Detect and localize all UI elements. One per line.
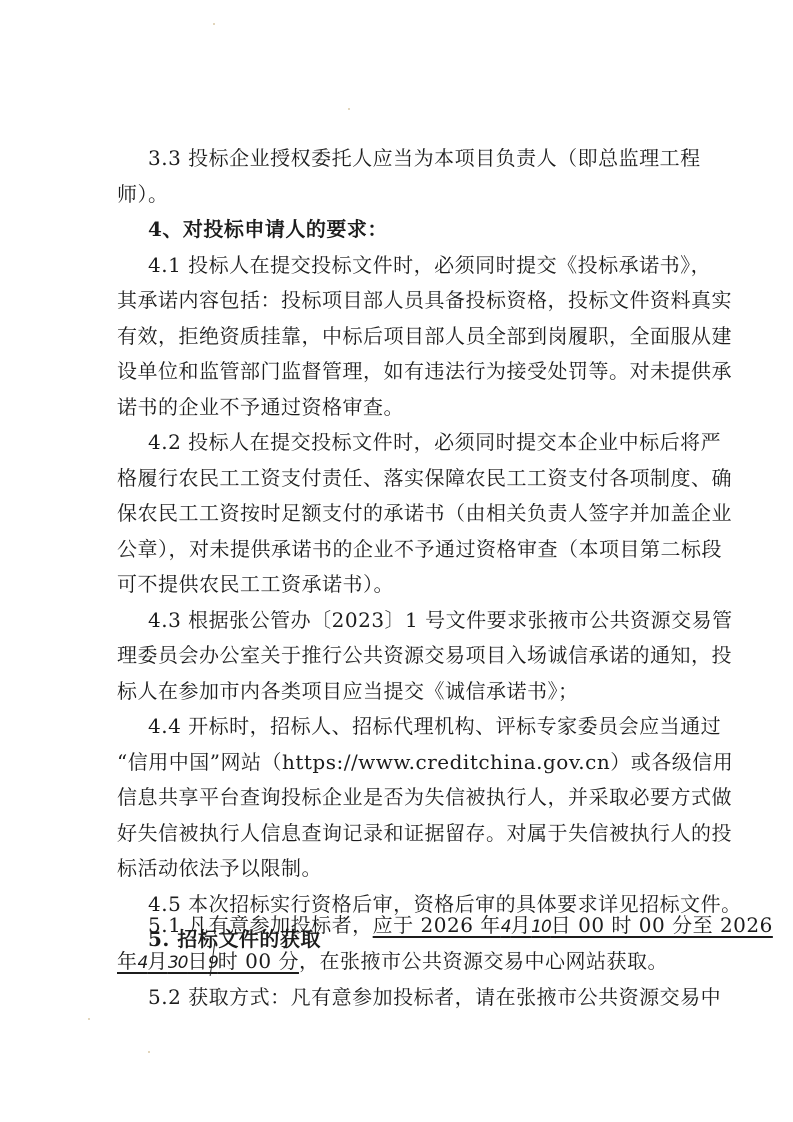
date-text: 月 [147, 949, 168, 973]
body-line: “信用中国”网站（https://www.creditchina.gov.cn）… [117, 747, 668, 777]
date-text: 日 00 时 00 分至 2026 [551, 913, 773, 937]
section-5-1-line-1: 5.1 凡有意参加投标者，应于 2026 年4月10日 00 时 00 分至 2… [148, 910, 668, 940]
body-line: 诺书的企业不予通过资格审查。 [117, 392, 668, 422]
section-5-1-suffix: ，在张掖市公共资源交易中心网站获取。 [299, 949, 668, 973]
date-text: 月 [511, 913, 532, 937]
body-line: 师）。 [117, 179, 668, 209]
body-line: 可不提供农民工工资承诺书）。 [117, 569, 668, 599]
handwritten-month: 4 [138, 953, 148, 973]
body-line: 4.3 根据张公管办〔2023〕1 号文件要求张掖市公共资源交易管 [148, 605, 668, 635]
handwritten-day: 10 [531, 917, 551, 937]
body-line: 3.3 投标企业授权委托人应当为本项目负责人（即总监理工程 [148, 143, 668, 173]
date-text: 应于 2026 年 [373, 913, 501, 937]
date-text: 日 [187, 949, 208, 973]
body-line: 4.1 投标人在提交投标文件时，必须同时提交《投标承诺书》， [148, 250, 668, 280]
body-line: 其承诺内容包括：投标项目部人员具备投标资格，投标文件资料真实 [117, 285, 668, 315]
section-heading: 4、对投标申请人的要求： [148, 214, 668, 244]
body-line: 信息共享平台查询投标企业是否为失信被执行人，并采取必要方式做 [117, 782, 668, 812]
section-5-1-line-2: 年4月30日9时 00 分，在张掖市公共资源交易中心网站获取。 [117, 946, 668, 976]
body-line: 标人在参加市内各类项目应当提交《诚信承诺书》； [117, 676, 668, 706]
body-line: 好失信被执行人信息查询记录和证据留存。对属于失信被执行人的投 [117, 818, 668, 848]
handwritten-month: 4 [501, 917, 511, 937]
body-line: 标活动依法予以限制。 [117, 853, 668, 883]
body-line: 保农民工工资按时足额支付的承诺书（由相关负责人签字并加盖企业 [117, 498, 668, 528]
scan-speck [213, 23, 215, 25]
body-line: 有效，拒绝资质挂靠，中标后项目部人员全部到岗履职，全面服从建 [117, 321, 668, 351]
document-page: 3.3 投标企业授权委托人应当为本项目负责人（即总监理工程师）。4、对投标申请人… [0, 0, 793, 1122]
body-line: 4.2 投标人在提交投标文件时，必须同时提交本企业中标后将严 [148, 427, 668, 457]
handwritten-day: 30 [168, 953, 188, 973]
bid-end-date: 年4月30日9时 00 分 [117, 949, 299, 973]
scan-speck [88, 1018, 90, 1020]
body-line: 设单位和监管部门监督管理，如有违法行为接受处罚等。对未提供承 [117, 356, 668, 386]
scan-speck [348, 108, 350, 110]
scan-speck [148, 1051, 150, 1053]
date-text: 时 00 分 [218, 949, 299, 973]
body-line: 格履行农民工工资支付责任、落实保障农民工工资支付各项制度、确 [117, 463, 668, 493]
bid-start-date: 应于 2026 年4月10日 00 时 00 分至 2026 [373, 913, 773, 937]
body-line: 公章），对未提供承诺书的企业不予通过资格审查（本项目第二标段 [117, 534, 668, 564]
section-5-2-line-1: 5.2 获取方式：凡有意参加投标者，请在张掖市公共资源交易中 [148, 982, 668, 1012]
section-5-1-prefix: 5.1 凡有意参加投标者， [148, 913, 373, 937]
body-line: 4.4 开标时，招标人、招标代理机构、评标专家委员会应当通过 [148, 711, 668, 741]
date-text: 年 [117, 949, 138, 973]
body-line: 理委员会办公室关于推行公共资源交易项目入场诚信承诺的通知，投 [117, 640, 668, 670]
